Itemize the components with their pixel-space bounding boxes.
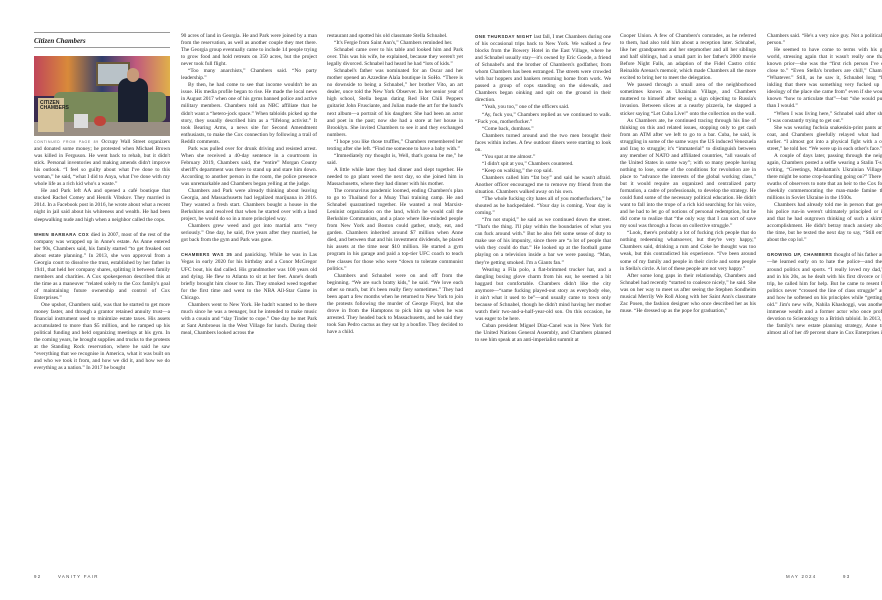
paragraph: He and Park left AA and opened a café bo… <box>34 188 170 223</box>
paragraph: Cuban president Miguel Díaz-Canel was in… <box>475 323 611 344</box>
paragraph: A little while later they had dinner and… <box>327 167 463 188</box>
paragraph: “It's Fergie from Saint Ann's,” Chambers… <box>327 40 463 47</box>
paragraph: We passed through a small area of the ne… <box>620 82 756 117</box>
paragraph: Chambers and Park were already thinking … <box>181 188 317 223</box>
issue-date: MAY 2024 <box>786 574 817 579</box>
paragraph: One upshot, Chambers said, was that he s… <box>34 302 170 372</box>
paragraph: Chambers called him “fat boy” and said h… <box>475 175 611 196</box>
paragraph: “I hope you like those truffles,” Chambe… <box>327 139 463 153</box>
column-6: Chambers said. “He's a very nice guy. No… <box>767 33 882 337</box>
paragraph: One Thursday night last fall, I met Cham… <box>475 33 611 104</box>
paragraph: “I'm not stupid,” he said as we continue… <box>475 217 611 266</box>
paragraph: “Yeah, you too,” one of the officers sai… <box>475 104 611 111</box>
magazine-spread: Citizen Chambers CITIZEN CHAMBERS Contin… <box>0 0 882 600</box>
paragraph: Wearing a Fila polo, a flat-brimmed truc… <box>475 267 611 323</box>
column-5: Cooper Union. A few of Chambers's comrad… <box>620 33 756 315</box>
book-cover: CITIZEN CHAMBERS <box>38 98 64 132</box>
paragraph: The coronavirus pandemic loomed, ending … <box>327 188 463 273</box>
paragraph: Chambers had already told me in person t… <box>767 202 882 244</box>
paragraph: She was wearing fuchsia snakeskin-print … <box>767 125 882 153</box>
article-photo: CITIZEN CHAMBERS <box>34 56 170 136</box>
paragraph: By then, he had come to see that income … <box>181 82 317 145</box>
page-number-right: 93 <box>843 574 850 579</box>
paragraph: “Come back, dumbass.” <box>475 126 611 133</box>
paragraph: Chambers grew weed and got into martial … <box>181 223 317 244</box>
paragraph: “Keep on walking,” the cop said. <box>475 168 611 175</box>
paragraph: When Barbara Cox died in 2007, most of t… <box>34 231 170 302</box>
header-rule-top <box>34 32 170 33</box>
paragraph: Schnabel's father was nominated for an O… <box>327 68 463 138</box>
paragraph: restaurant and spotted his old classmate… <box>327 33 463 40</box>
paragraph: Chambers was 35 and panicking. While he … <box>181 251 317 301</box>
paragraph: Chambers said. “He's a very nice guy. No… <box>767 33 882 47</box>
paragraph: Chambers went to New York. He hadn't wan… <box>181 302 317 337</box>
section-title: Citizen Chambers <box>34 37 86 45</box>
paragraph: Cooper Union. A few of Chambers's comrad… <box>620 33 756 82</box>
paragraph: “When I was living here,” Schnabel said … <box>767 111 882 125</box>
paragraph: “Look, there's probably a lot of fucking… <box>620 230 756 272</box>
paragraph: “I didn't spit at you,” Chambers counter… <box>475 161 611 168</box>
paragraph: Park was pulled over for drunk driving a… <box>181 146 317 188</box>
paragraph: “Too many anarchists,” Chambers said. “N… <box>181 68 317 82</box>
paragraph: As Chambers ate, he continued tracing th… <box>620 118 756 231</box>
paragraph: Schnabel came over to his table and look… <box>327 47 463 68</box>
paragraph: Growing up, Chambers thought of his fath… <box>767 251 882 337</box>
column-3: restaurant and spotted his old classmate… <box>327 33 463 336</box>
magazine-name: VANITY FAIR <box>58 574 99 579</box>
paragraph: 90 acres of land in Georgia. He and Park… <box>181 33 317 68</box>
paragraph: Chambers turned around and the two men b… <box>475 133 611 154</box>
column-1: Continued from page 89 Occupy Wall Stree… <box>34 139 170 373</box>
column-2: 90 acres of land in Georgia. He and Park… <box>181 33 317 337</box>
paragraph: “Immediately my thought is, Well, that's… <box>327 153 463 167</box>
paragraph: “You spat at me almost.” <box>475 154 611 161</box>
paragraph: After some long gaps in their relationsh… <box>620 273 756 315</box>
paragraph: Chambers and Schnabel were on and off fr… <box>327 273 463 336</box>
paragraph: Continued from page 89 Occupy Wall Stree… <box>34 139 170 188</box>
continued-label: Continued from page 89 <box>34 140 99 144</box>
paragraph: “Ay, fuck you,” Chambers replied as we c… <box>475 112 611 126</box>
header-rule-bottom <box>34 47 170 48</box>
column-4: One Thursday night last fall, I met Cham… <box>475 33 611 344</box>
paragraph: He seemed to have come to terms with his… <box>767 47 882 110</box>
paragraph: A couple of days later, passing through … <box>767 153 882 202</box>
page-number-left: 92 <box>34 574 41 579</box>
paragraph: “The whole fucking city hates all of you… <box>475 196 611 217</box>
